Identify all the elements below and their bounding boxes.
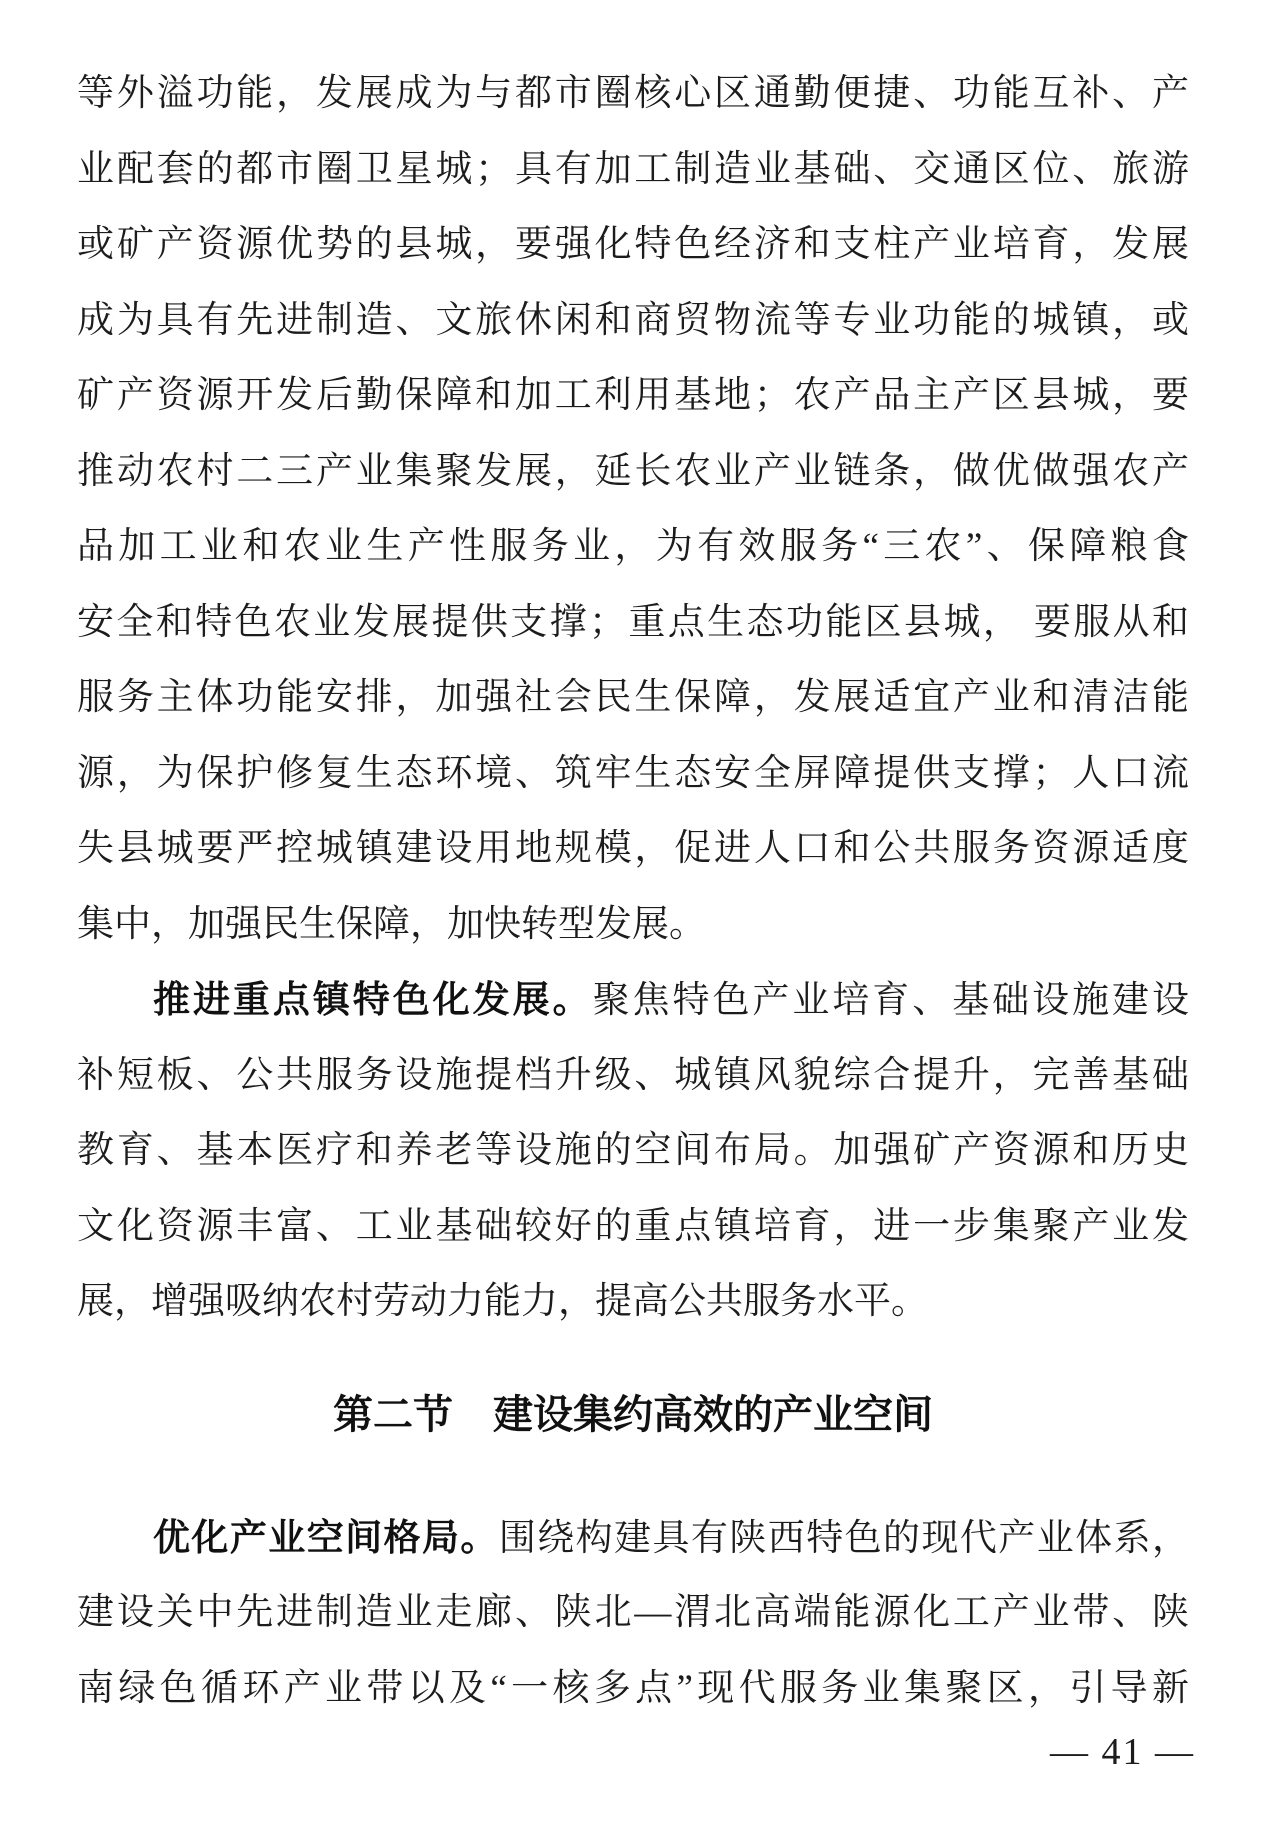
paragraph-county-town-functions: 等外溢功能，发展成为与都市圈核心区通勤便捷、功能互补、产 业配套的都市圈卫星城；… xyxy=(77,56,1189,962)
text-run: 围绕构建具有陕西特色的现代产业体系， xyxy=(499,1518,1189,1559)
section-heading: 第二节建设集约高效的产业空间 xyxy=(77,1360,1189,1470)
text-line: 教育、基本医疗和养老等设施的空间布局。加强矿产资源和历史 xyxy=(77,1113,1189,1189)
text-line: 或矿产资源优势的县城，要强化特色经济和支柱产业培育，发展 xyxy=(77,207,1189,283)
text-line: 等外溢功能，发展成为与都市圈核心区通勤便捷、功能互补、产 xyxy=(77,56,1189,132)
paragraph-key-towns-development: 推进重点镇特色化发展。聚焦特色产业培育、基础设施建设 补短板、公共服务设施提档升… xyxy=(77,962,1189,1340)
text-line: 业配套的都市圈卫星城；具有加工制造业基础、交通区位、旅游 xyxy=(77,132,1189,208)
text-line: 南绿色循环产业带以及“一核多点”现代服务业集聚区，引导新 xyxy=(77,1651,1189,1727)
document-page: 等外溢功能，发展成为与都市圈核心区通勤便捷、功能互补、产 业配套的都市圈卫星城；… xyxy=(0,0,1280,1846)
text-line: 矿产资源开发后勤保障和加工利用基地；农产品主产区县城，要 xyxy=(77,358,1189,434)
text-line: 文化资源丰富、工业基础较好的重点镇培育，进一步集聚产业发 xyxy=(77,1189,1189,1265)
text-line: 失县城要严控城镇建设用地规模，促进人口和公共服务资源适度 xyxy=(77,811,1189,887)
text-line: 品加工业和农业生产性服务业，为有效服务“三农”、保障粮食 xyxy=(77,509,1189,585)
text-run: 聚焦特色产业培育、基础设施建设 xyxy=(593,980,1189,1021)
text-line: 推动农村二三产业集聚发展，延长农业产业链条，做优做强农产 xyxy=(77,434,1189,510)
paragraph-industry-spatial-layout: 优化产业空间格局。围绕构建具有陕西特色的现代产业体系， 建设关中先进制造业走廊、… xyxy=(77,1500,1189,1727)
section-heading-number: 第二节 xyxy=(333,1393,453,1437)
text-line: 集中，加强民生保障，加快转型发展。 xyxy=(77,887,1189,963)
text-line: 安全和特色农业发展提供支撑；重点生态功能区县城， 要服从和 xyxy=(77,585,1189,661)
text-line: 建设关中先进制造业走廊、陕北—渭北高端能源化工产业带、陕 xyxy=(77,1575,1189,1651)
text-line: 源，为保护修复生态环境、筑牢生态安全屏障提供支撑；人口流 xyxy=(77,736,1189,812)
text-line: 推进重点镇特色化发展。聚焦特色产业培育、基础设施建设 xyxy=(77,962,1189,1038)
section-heading-title: 建设集约高效的产业空间 xyxy=(493,1393,933,1437)
paragraph-lead-bold: 推进重点镇特色化发展。 xyxy=(153,979,593,1020)
text-line: 成为具有先进制造、文旅休闲和商贸物流等专业功能的城镇，或 xyxy=(77,283,1189,359)
page-number: — 41 — xyxy=(77,1726,1195,1778)
text-line: 服务主体功能安排，加强社会民生保障，发展适宜产业和清洁能 xyxy=(77,660,1189,736)
text-line: 优化产业空间格局。围绕构建具有陕西特色的现代产业体系， xyxy=(77,1500,1189,1576)
text-line: 补短板、公共服务设施提档升级、城镇风貌综合提升，完善基础 xyxy=(77,1038,1189,1114)
body-text: 等外溢功能，发展成为与都市圈核心区通勤便捷、功能互补、产 业配套的都市圈卫星城；… xyxy=(77,56,1189,1726)
text-line: 展，增强吸纳农村劳动力能力，提高公共服务水平。 xyxy=(77,1264,1189,1340)
paragraph-lead-bold: 优化产业空间格局。 xyxy=(153,1517,499,1558)
